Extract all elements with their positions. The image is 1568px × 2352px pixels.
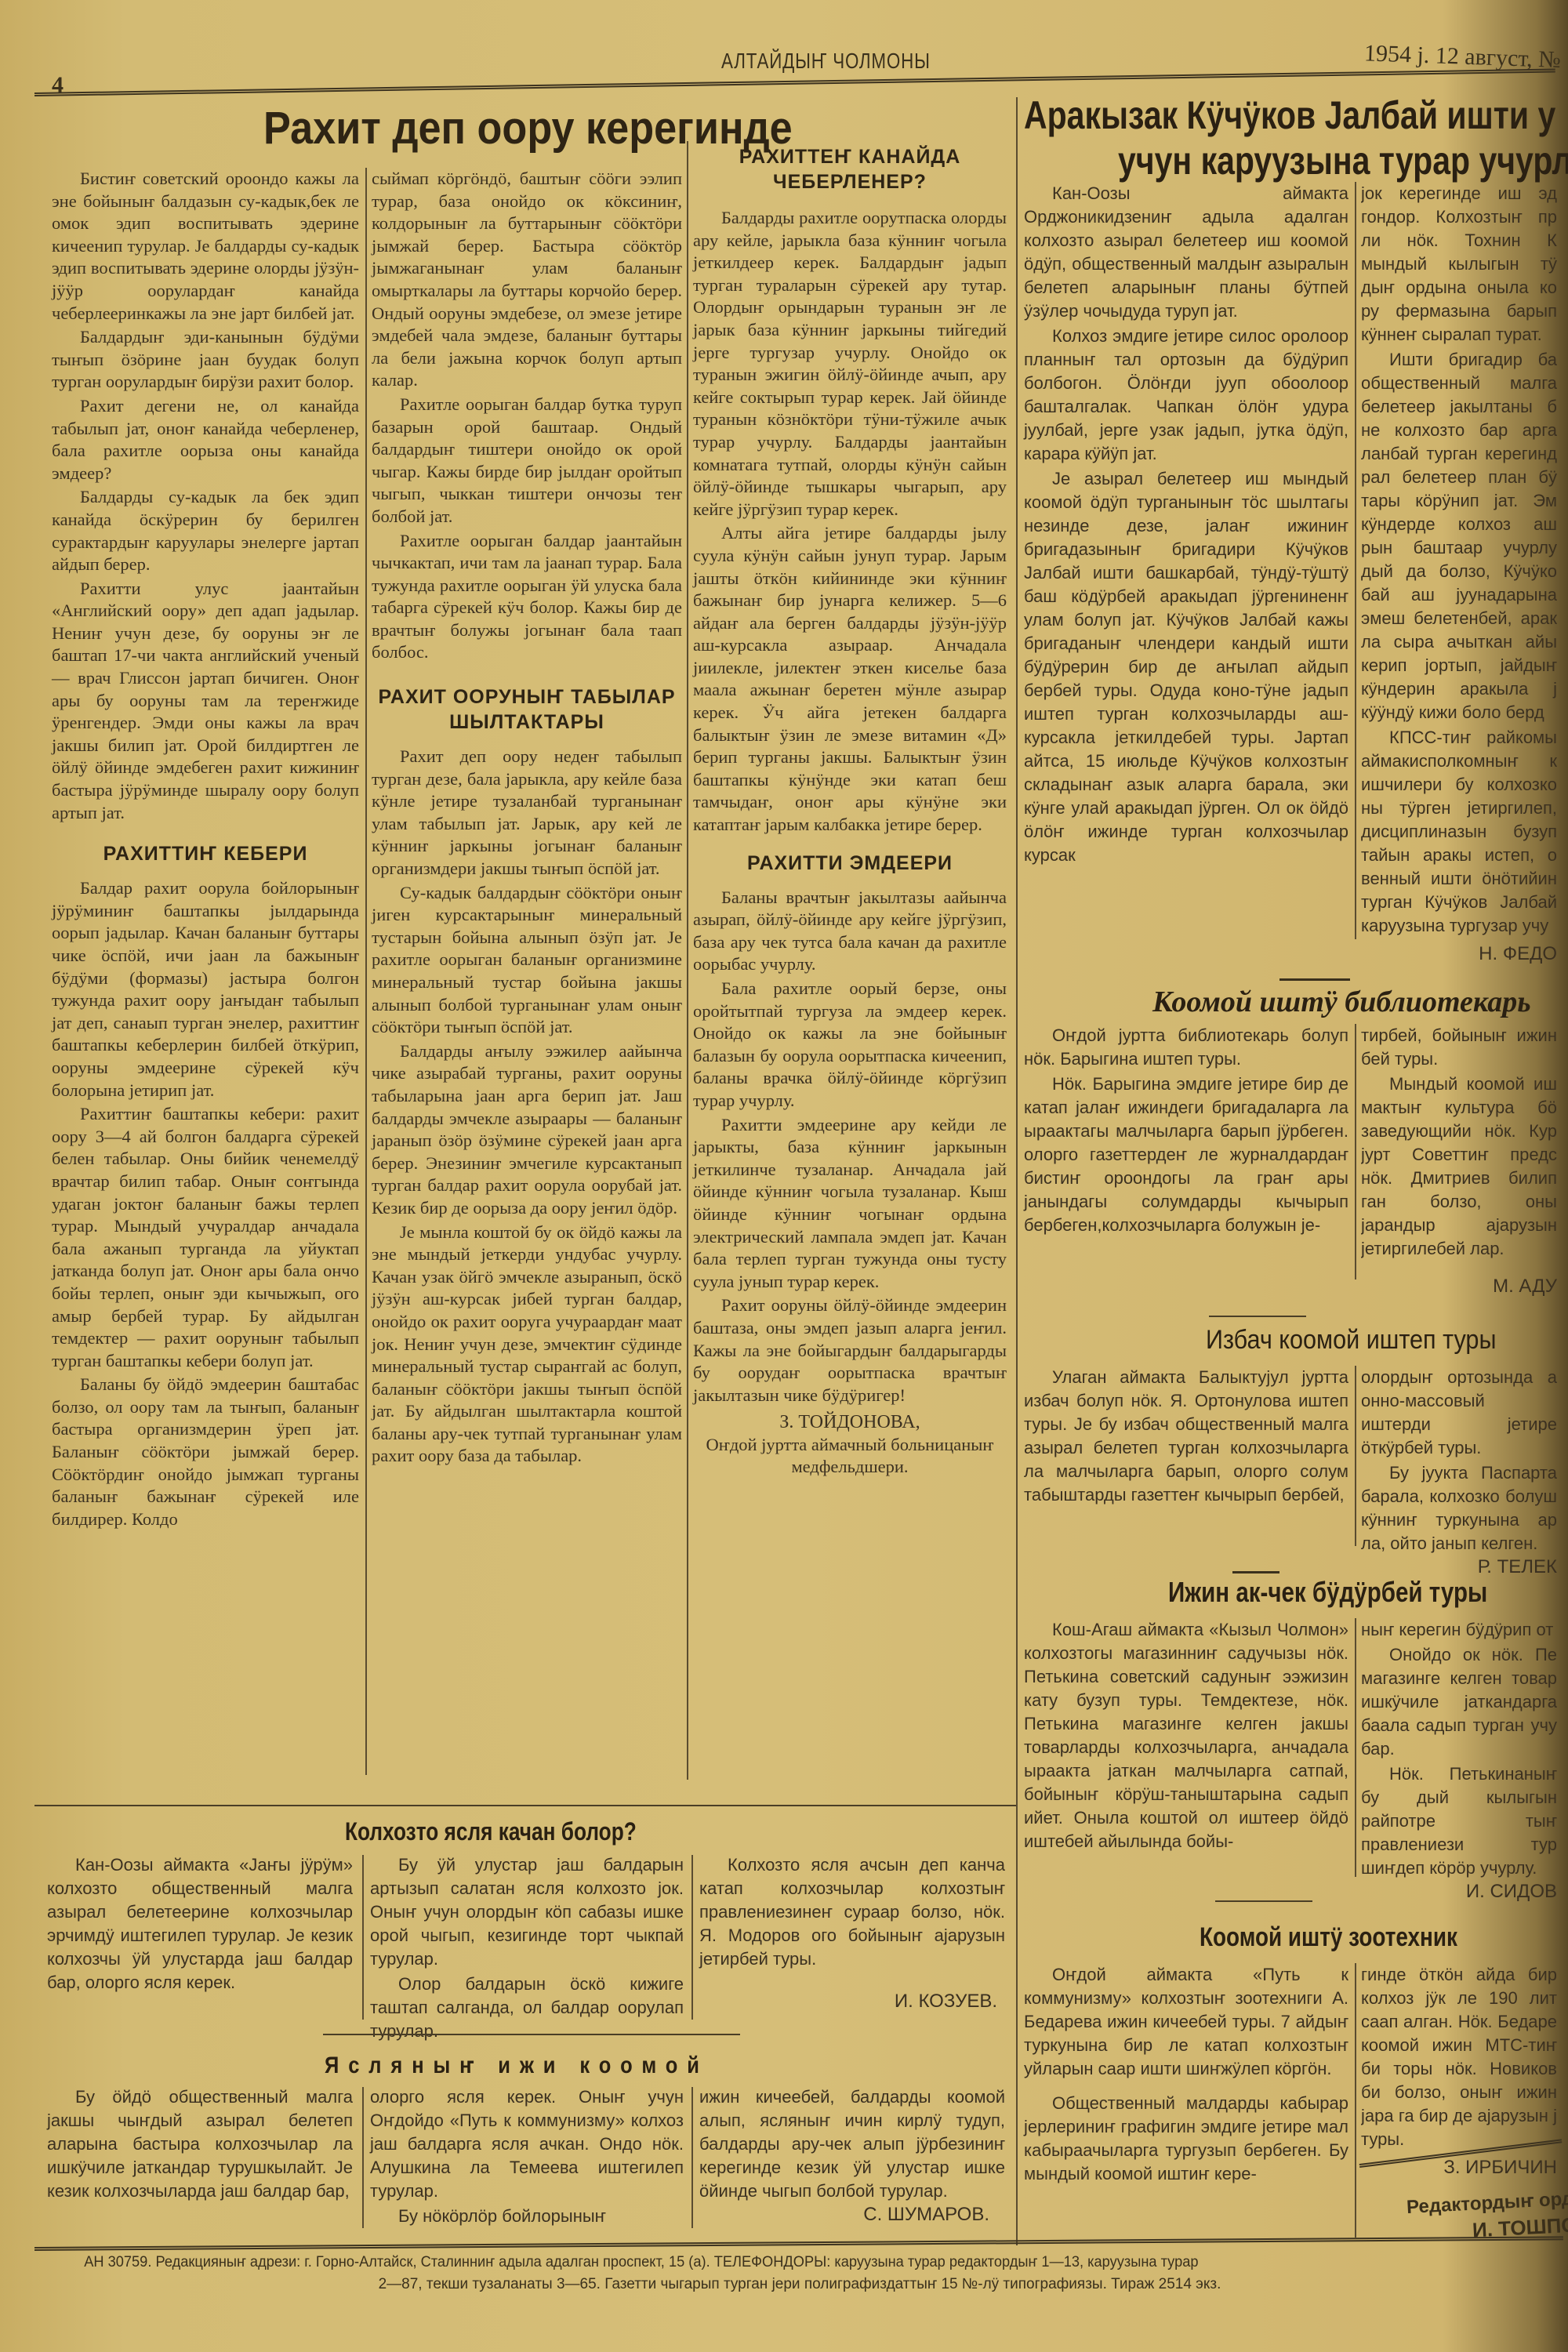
paragraph: Балдар рахит оорула бойлорыныҥ jӱрӱминиҥ… (52, 877, 359, 1102)
paragraph: Оҥдой аймакта «Путь к коммунизму» колхоз… (1024, 1963, 1348, 2081)
paragraph: Колхозто ясля ачсын деп канча катап колх… (699, 1853, 1005, 1971)
creche1-column-3: Колхозто ясля ачсын деп канча катап колх… (699, 1853, 1005, 2013)
paragraph: Бистиҥ советский ороондо кажы ла эне бой… (52, 168, 359, 325)
rickets-column-2: сыймап кöргöндö, баштыҥ сööги ээлип тура… (372, 168, 682, 1468)
column-divider (691, 2087, 693, 2228)
paragraph: Рахит дегени не, ол канайда табылып jат,… (52, 395, 359, 485)
librarian-column-1: Оҥдой jуртта библиотекарь болуп нöк. Бар… (1024, 1024, 1348, 1237)
rickets-column-1: Бистиҥ советский ороондо кажы ла эне бой… (52, 168, 359, 1530)
izbach-title-wrap: Избач коомой иштеп туры (1206, 1325, 1529, 1356)
izbach-column-2: олордыҥ ортозында а онно-массовый иштерд… (1361, 1366, 1557, 1579)
paragraph: олорго ясля керек. Оныҥ учун Оҥдойдо «Пу… (370, 2085, 684, 2203)
creche2-column-3: ижин кичеебей, балдарды коомой алып, ясл… (699, 2085, 1005, 2227)
column-divider (365, 168, 367, 1775)
section-heading-protect: РАХИТТЕҤ КАНАЙДА ЧЕБЕРЛЕНЕР? (693, 144, 1007, 194)
librarian-title-wrap: Коомой иштӱ библиотекарь (1152, 985, 1531, 1019)
column-divider (1355, 1963, 1356, 2238)
paragraph: Рахит деп оору недеҥ табылып турган дезе… (372, 746, 682, 880)
creche2-title: Ясляныҥ ижи коомой (325, 2053, 709, 2079)
paragraph: Мындый коомой иш мактыҥ культура бö заве… (1361, 1073, 1557, 1261)
shop-column-2: ныҥ керегин бӱдӱрип от Онойдо ок нöк. Пе… (1361, 1618, 1557, 1904)
newspaper-title: АЛТАЙДЫҤ ЧОЛМОНЫ (721, 49, 931, 74)
paragraph: тирбей, бойыныҥ ижин бей туры. (1361, 1024, 1557, 1071)
imprint-line-1: АН 30759. Редакцияныҥ адрези: г. Горно-А… (31, 2252, 1507, 2274)
signature: З. ТОЙДОНОВА, (693, 1411, 1007, 1434)
kuchukov-title-line2: учун каруузына турар учурлу (1118, 138, 1568, 183)
column-divider (1355, 1024, 1356, 1279)
zootech-column-1: Оҥдой аймакта «Путь к коммунизму» колхоз… (1024, 1963, 1348, 2186)
paragraph: Рахиттиҥ баштапкы кебери: рахит оору 3—4… (52, 1103, 359, 1372)
column-divider (1355, 182, 1356, 939)
imprint: АН 30759. Редакцияныҥ адрези: г. Горно-А… (31, 2252, 1568, 2296)
paragraph: Бу jуукта Паспарта барала, колхозко болу… (1361, 1461, 1557, 1555)
paragraph: Балдарды аҥылу ээжилер аайынча чике азыр… (372, 1040, 682, 1220)
paragraph: Нöк. Петькинаныҥ бу дый кылыгын райпотре… (1361, 1762, 1557, 1880)
paragraph: Су-кадык балдардыҥ сööктöри оныҥ jиген к… (372, 882, 682, 1039)
column-divider (362, 2087, 364, 2228)
paragraph: Улаган аймакта Балыктуjул jуртта избач б… (1024, 1366, 1348, 1507)
paragraph: Рахитти эмдеерине ару кейди ле jарыкты, … (693, 1114, 1007, 1294)
shop-column-1: Кош-Агаш аймакта «Кызыл Чолмон» колхозто… (1024, 1618, 1348, 1853)
column-divider (1355, 1366, 1356, 1546)
column-divider (1355, 1618, 1356, 1877)
paragraph: Нöк. Барыгина эмдиге jетире бир де катап… (1024, 1073, 1348, 1237)
separator (323, 2034, 740, 2035)
zootech-title: Коомой иштӱ зоотехник (1200, 1922, 1457, 1953)
zootech-title-wrap: Коомой иштӱ зоотехник (1200, 1922, 1514, 1953)
paragraph: Балдардыҥ эди-канынын бӱдӱми тыҥып öзöри… (52, 326, 359, 394)
column-divider (1016, 97, 1018, 2245)
librarian-title: Коомой иштӱ библиотекарь (1152, 985, 1531, 1019)
column-divider (691, 1855, 693, 2020)
paragraph: Рахитле оорыган балдар бутка туруп базар… (372, 394, 682, 528)
creche1-column-2: Бу ӱй улустар jаш балдарын артызып салат… (370, 1853, 684, 2043)
section-heading-causes: РАХИТ ООРУНЫҤ ТАБЫЛАР ШЫЛТАКТАРЫ (372, 684, 682, 735)
signature: С. ШУМАРОВ. (699, 2203, 989, 2227)
separator (34, 1805, 1016, 1806)
paragraph: ныҥ керегин бӱдӱрип от (1361, 1618, 1557, 1642)
footer-rule (34, 2236, 1563, 2251)
separator (1209, 1316, 1306, 1317)
paragraph: Баланы врачтыҥ jакылтазы аайынча азырап,… (693, 887, 1007, 976)
paragraph: jок керегинде иш эд гондор. Колхозтыҥ пр… (1361, 182, 1557, 347)
separator (1232, 1571, 1279, 1573)
section-heading-signs: РАХИТТИҤ КЕБЕРИ (52, 841, 359, 866)
paragraph: Бу нöкöрлöр бойлорыныҥ (370, 2205, 684, 2228)
paragraph: Балдарды су-кадык ла бек эдип канайда öс… (52, 486, 359, 575)
paragraph: Кан-Оозы аймакта Орджоникидзениҥ адыла а… (1024, 182, 1348, 323)
signature: Н. ФЕДО (1361, 942, 1557, 966)
creche1-title-wrap: Колхозто ясля качан болор? (345, 1817, 700, 1846)
newspaper-page: 4 АЛТАЙДЫҤ ЧОЛМОНЫ 1954 j. 12 август, № … (0, 0, 1568, 2352)
paragraph: Колхоз эмдиге jетире силос оролоор планн… (1024, 325, 1348, 466)
paragraph: Бала рахитле оорый берзе, оны оройтытпай… (693, 978, 1007, 1112)
paragraph: Онойдо ок нöк. Пе магазинге келген товар… (1361, 1643, 1557, 1761)
kuchukov-title-line1: Аракызак Кӱчӱков Jалбай ишти у (1024, 93, 1568, 138)
imprint-line-2: 2—87, текши тузаланаты 3—65. Газетти чыг… (31, 2274, 1568, 2296)
section-heading-treat: РАХИТТИ ЭМДЕЕРИ (693, 851, 1007, 876)
paragraph: олордыҥ ортозында а онно-массовый иштерд… (1361, 1366, 1557, 1460)
paragraph: Алты айга jетире балдарды jылу суула кӱн… (693, 522, 1007, 836)
izbach-title: Избач коомой иштеп туры (1206, 1325, 1496, 1356)
paragraph: Рахитти улус jаантайын «Английский оору»… (52, 578, 359, 825)
librarian-column-2: тирбей, бойыныҥ ижин бей туры. Мындый ко… (1361, 1024, 1557, 1298)
paragraph: Бу öйдö общественный малга jакшы чыҥдый … (47, 2085, 353, 2203)
paragraph: ижин кичеебей, балдарды коомой алып, ясл… (699, 2085, 1005, 2203)
creche2-column-1: Бу öйдö общественный малга jакшы чыҥдый … (47, 2085, 353, 2203)
separator (1215, 1900, 1312, 1902)
paragraph: Ишти бригадир ба общественный малга беле… (1361, 348, 1557, 724)
izbach-column-1: Улаган аймакта Балыктуjул jуртта избач б… (1024, 1366, 1348, 1507)
signature: М. АДУ (1361, 1275, 1557, 1298)
kuchukov-title-wrap: Аракызак Кӱчӱков Jалбай ишти у учун кару… (1024, 93, 1568, 183)
separator (1279, 978, 1350, 981)
paragraph: Балдарды рахитле оорутпаска олорды ару к… (693, 207, 1007, 521)
signature: И. СИДОВ (1361, 1880, 1557, 1904)
paragraph: Общественный малдарды кабырар jерлериниҥ… (1024, 2092, 1348, 2186)
shop-title-wrap: Ижин ак-чек бӱдӱрбей туры (1168, 1576, 1558, 1609)
creche2-column-2: олорго ясля керек. Оныҥ учун Оҥдойдо «Пу… (370, 2085, 684, 2228)
column-divider (687, 141, 688, 1780)
signature: И. КОЗУЕВ. (699, 1990, 997, 2013)
shop-title: Ижин ак-чек бӱдӱрбей туры (1168, 1576, 1487, 1609)
kuchukov-column-2: jок керегинде иш эд гондор. Колхозтыҥ пр… (1361, 182, 1557, 966)
paragraph: Рахит ооруны öйлӱ-öйинде эмдеерин баштаз… (693, 1294, 1007, 1406)
paragraph: гинде öткöн айда бир колхоз jӱк ле 190 л… (1361, 1963, 1557, 2151)
rickets-column-3: РАХИТТЕҤ КАНАЙДА ЧЕБЕРЛЕНЕР? Балдарды ра… (693, 144, 1007, 1479)
creche1-title: Колхозто ясля качан болор? (345, 1817, 637, 1846)
kuchukov-column-1: Кан-Оозы аймакта Орджоникидзениҥ адыла а… (1024, 182, 1348, 867)
paragraph: Олор балдарын öскö кижиге таштап салганд… (370, 1973, 684, 2043)
paragraph: Баланы бу öйдö эмдеерин баштабас болзо, … (52, 1374, 359, 1530)
paragraph: сыймап кöргöндö, баштыҥ сööги ээлип тура… (372, 168, 682, 392)
column-divider (362, 1855, 364, 2020)
paragraph: Кан-Оозы аймакта «Jаҥы jӱрӱм» колхозто о… (47, 1853, 353, 1994)
paragraph: КПСС-тиҥ райкомы аймакисполкомныҥ к ишчи… (1361, 726, 1557, 938)
signature-role: Оҥдой jурттa аймачный больницаныҥ медфел… (693, 1434, 1007, 1479)
paragraph: Бу ӱй улустар jаш балдарын артызып салат… (370, 1853, 684, 1971)
paragraph: Кош-Агаш аймакта «Кызыл Чолмон» колхозто… (1024, 1618, 1348, 1853)
paragraph: Рахитле оорыган балдар jаантайын чычкакт… (372, 530, 682, 665)
paragraph: Je азырал белетеер иш мындый коомой öдӱп… (1024, 467, 1348, 867)
creche1-column-1: Кан-Оозы аймакта «Jаҥы jӱрӱм» колхозто о… (47, 1853, 353, 1994)
paragraph: Je мынла коштой бу ок öйдö кажы ла эне м… (372, 1221, 682, 1468)
paragraph: Оҥдой jуртта библиотекарь болуп нöк. Бар… (1024, 1024, 1348, 1071)
